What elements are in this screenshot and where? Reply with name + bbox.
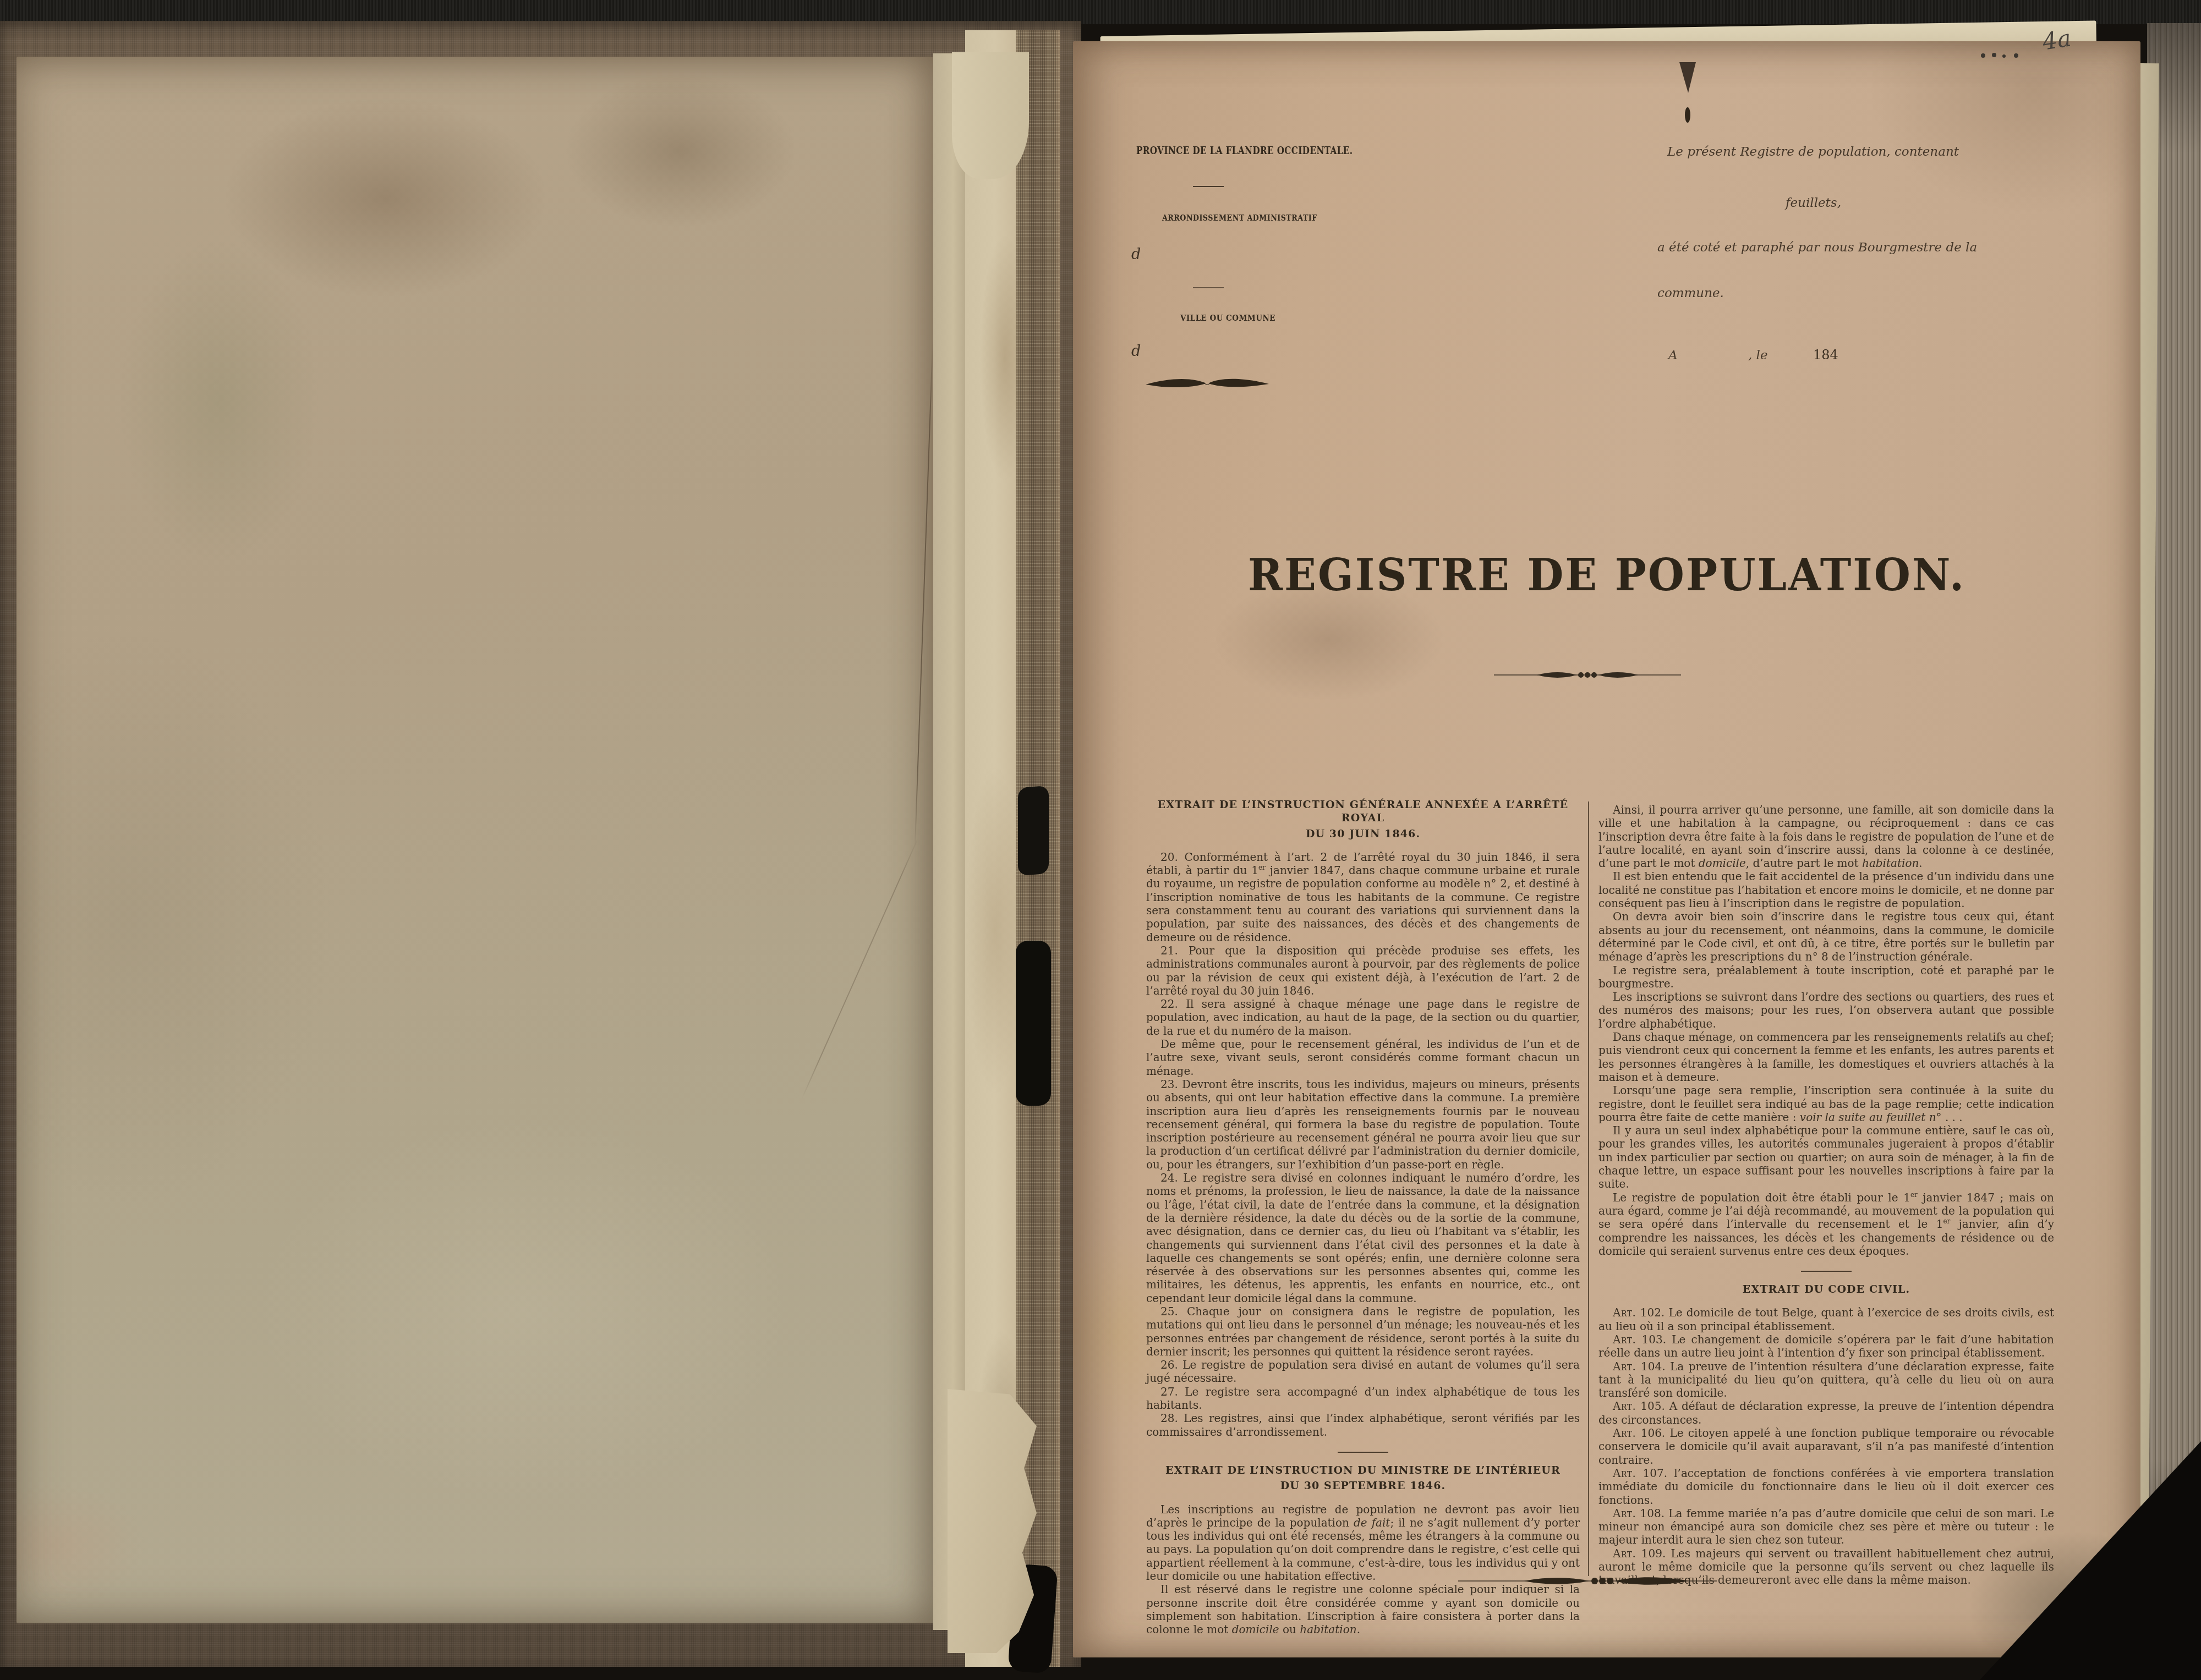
paragraph: Art. 108. La femme mariée n’a pas d’autr… — [1598, 1507, 2054, 1547]
certification-line-4: commune. — [1657, 286, 1724, 300]
section-heading: EXTRAIT DU CODE CIVIL. — [1598, 1283, 2054, 1296]
paragraph: 21. Pour que la disposition qui précède … — [1146, 944, 1580, 997]
commune-label: VILLE OU COMMUNE — [1180, 313, 1286, 323]
arrondissement-blank-prefix: d — [1131, 246, 1141, 263]
paragraph: 26. Le registre de population sera divis… — [1146, 1358, 1580, 1385]
paragraph: Art. 103. Le changement de domicile s’op… — [1598, 1333, 2054, 1360]
printed-title-page: PROVINCE DE LA FLANDRE OCCIDENTALE. ARRO… — [1073, 41, 2140, 1657]
torn-paper-top — [952, 52, 1029, 179]
calligraphic-swash-ornament — [1145, 375, 1270, 391]
certification-line-1: Le présent Registre de population, conte… — [1667, 145, 1959, 159]
paragraph: Les inscriptions se suivront dans l’ordr… — [1598, 990, 2054, 1030]
paragraph: Lorsqu’une page sera remplie, l’inscript… — [1598, 1084, 2054, 1124]
paragraph: 28. Les registres, ainsi que l’index alp… — [1146, 1412, 1580, 1439]
paragraph: 27. Le registre sera accompagné d’un ind… — [1146, 1385, 1580, 1412]
certification-line-3: a été coté et paraphé par nous Bourgmest… — [1657, 240, 1977, 255]
paragraph: Il y aura un seul index alphabétique pou… — [1598, 1124, 2054, 1190]
title-divider-ornament — [1494, 668, 1681, 682]
arrondissement-label: ARRONDISSEMENT ADMINISTRATIF — [1162, 213, 1344, 223]
paragraph: Ainsi, il pourra arriver qu’une personne… — [1598, 803, 2054, 870]
tailpiece-ornament — [1458, 1575, 1717, 1587]
paragraph: 22. Il sera assigné à chaque ménage une … — [1146, 997, 1580, 1037]
ink-specks — [1980, 51, 2024, 61]
year-partial: 184 — [1813, 347, 1838, 363]
paragraph: Dans chaque ménage, on commencera par le… — [1598, 1030, 2054, 1084]
paragraph: Art. 102. Le domicile de tout Belge, qua… — [1598, 1306, 2054, 1333]
torn-binding-gutter — [933, 30, 1083, 1667]
divider-rule — [1193, 186, 1224, 187]
paragraph: Art. 105. A défaut de déclaration expres… — [1598, 1399, 2054, 1426]
paragraph: Le registre de population doit être étab… — [1598, 1191, 2054, 1258]
commune-blank-prefix: d — [1131, 343, 1141, 360]
left-text-column: EXTRAIT DE L’INSTRUCTION GÉNÉRALE ANNEXÉ… — [1146, 798, 1580, 1637]
torn-paper-bottom — [948, 1389, 1037, 1653]
paragraph: 25. Chaque jour on consignera dans le re… — [1146, 1305, 1580, 1358]
section-divider-rule — [1801, 1271, 1852, 1272]
column-divider-rule — [1588, 801, 1589, 1576]
divider-rule — [1193, 287, 1224, 288]
binding-gap — [1016, 941, 1051, 1106]
binding-gap — [1018, 786, 1049, 876]
date-blank-prefix: , le — [1748, 348, 1768, 363]
certification-line-2: feuillets, — [1786, 196, 1841, 210]
paragraph: Le registre sera, préalablement à toute … — [1598, 964, 2054, 991]
section-heading: EXTRAIT DE L’INSTRUCTION GÉNÉRALE ANNEXÉ… — [1146, 798, 1580, 825]
handwritten-folio-mark: 4a — [2040, 24, 2073, 55]
paragraph: Art. 106. Le citoyen appelé à une foncti… — [1598, 1426, 2054, 1467]
paragraph: On devra avoir bien soin d’inscrire dans… — [1598, 910, 2054, 963]
section-divider-rule — [1338, 1452, 1388, 1453]
place-blank-prefix: A — [1668, 348, 1678, 363]
section-heading: EXTRAIT DE L’INSTRUCTION DU MINISTRE DE … — [1146, 1464, 1580, 1477]
photo-of-open-register-book: { "book": { "header_left": { "province":… — [0, 0, 2201, 1680]
section-heading: DU 30 JUIN 1846. — [1146, 827, 1580, 841]
paragraph: 20. Conformément à l’art. 2 de l’arrêté … — [1146, 850, 1580, 944]
right-text-column: Ainsi, il pourra arriver qu’une personne… — [1598, 803, 2054, 1587]
page-title: REGISTRE DE POPULATION. — [1073, 548, 2140, 600]
paragraph: Il est bien entendu que le fait accident… — [1598, 870, 2054, 910]
paragraph: De même que, pour le recensement général… — [1146, 1037, 1580, 1078]
ink-blot — [1678, 62, 1697, 139]
paragraph: Art. 107. l’acceptation de fonctions con… — [1598, 1467, 2054, 1507]
paragraph: Art. 104. La preuve de l’intention résul… — [1598, 1360, 2054, 1400]
paragraph: Il est réservé dans le registre une colo… — [1146, 1583, 1580, 1636]
paragraph: 24. Le registre sera divisé en colonnes … — [1146, 1171, 1580, 1305]
paragraph: Les inscriptions au registre de populati… — [1146, 1503, 1580, 1583]
blank-left-flyleaf — [17, 57, 939, 1623]
section-heading: DU 30 SEPTEMBRE 1846. — [1146, 1479, 1580, 1492]
paragraph: 23. Devront être inscrits, tous les indi… — [1146, 1078, 1580, 1171]
province-heading: PROVINCE DE LA FLANDRE OCCIDENTALE. — [1136, 145, 1407, 157]
